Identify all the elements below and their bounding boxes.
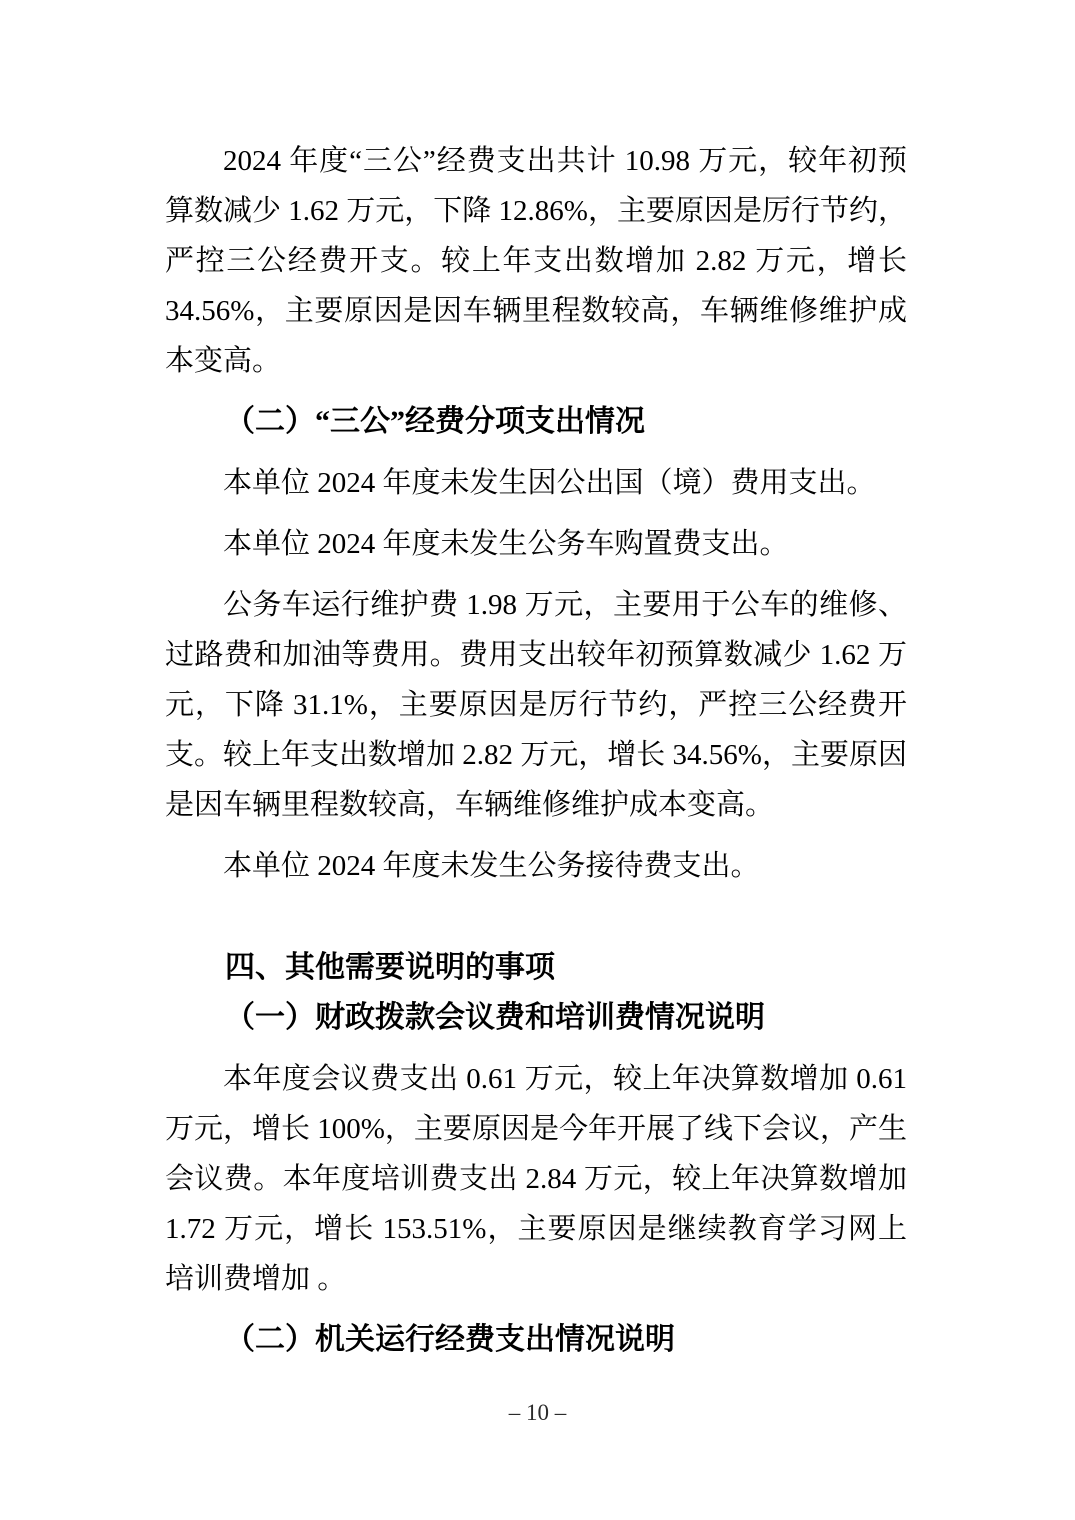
paragraph-no-vehicle-purchase: 本单位 2024 年度未发生公务车购置费支出。 [165,519,907,569]
heading-agency-operation-expense: （二）机关运行经费支出情况说明 [165,1315,907,1365]
heading-other-matters: 四、其他需要说明的事项 [165,943,907,993]
heading-three-public-itemized: （二）“三公”经费分项支出情况 [165,397,907,447]
page-number: – 10 – [0,1400,1075,1426]
document-page: 2024 年度“三公”经费支出共计 10.98 万元，较年初预算数减少 1.62… [0,0,1075,1520]
paragraph-three-public-summary: 2024 年度“三公”经费支出共计 10.98 万元，较年初预算数减少 1.62… [165,136,907,386]
paragraph-vehicle-maintenance: 公务车运行维护费 1.98 万元，主要用于公车的维修、过路费和加油等费用。费用支… [165,580,907,830]
paragraph-meeting-training-detail: 本年度会议费支出 0.61 万元，较上年决算数增加 0.61 万元，增长 100… [165,1054,907,1304]
heading-meeting-training-explanation: （一）财政拨款会议费和培训费情况说明 [165,993,907,1043]
paragraph-no-reception-expense: 本单位 2024 年度未发生公务接待费支出。 [165,841,907,891]
content-area: 2024 年度“三公”经费支出共计 10.98 万元，较年初预算数减少 1.62… [165,136,907,1376]
paragraph-no-abroad-expense: 本单位 2024 年度未发生因公出国（境）费用支出。 [165,458,907,508]
